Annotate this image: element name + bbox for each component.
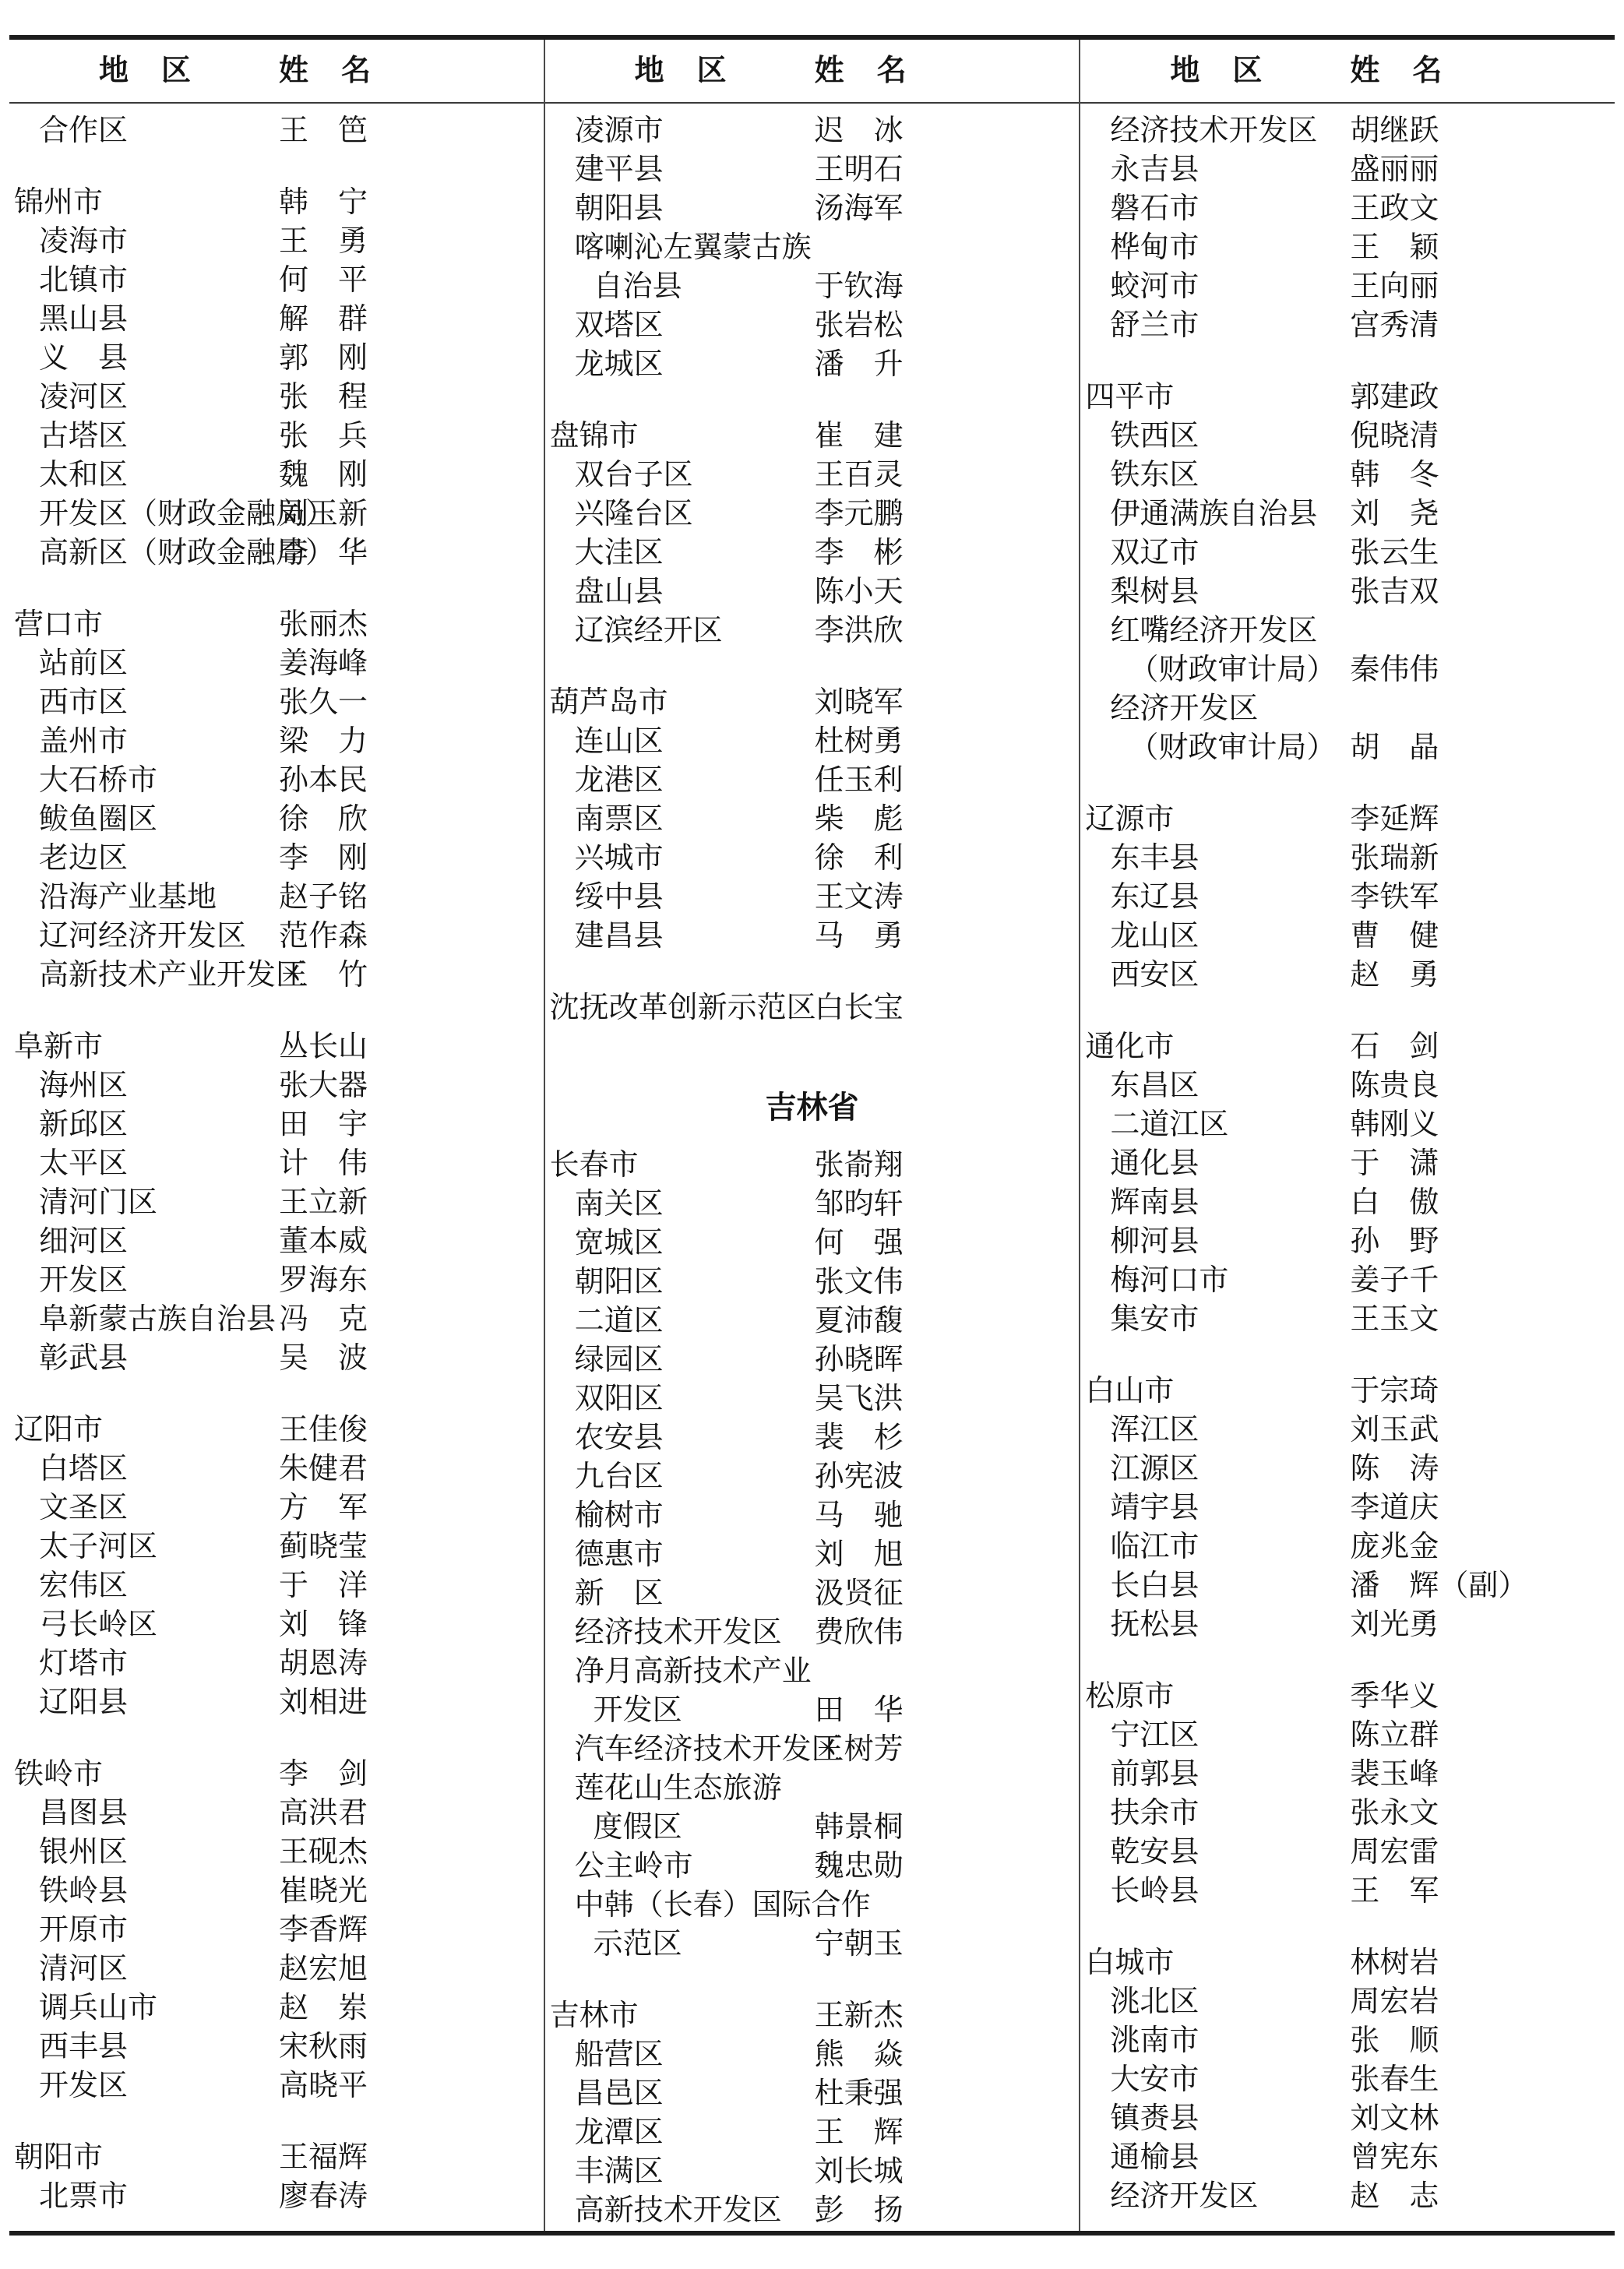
table-row: 细河区董本威 bbox=[9, 1222, 544, 1261]
region-cell: 建昌县 bbox=[575, 917, 664, 956]
region-cell: 海州区 bbox=[39, 1066, 128, 1105]
table-row: 白城市林树岩 bbox=[1080, 1943, 1615, 1982]
region-cell: 灯塔市 bbox=[39, 1644, 128, 1683]
table-row: 双阳区吴飞洪 bbox=[545, 1379, 1080, 1418]
region-cell: 辽河经济开发区 bbox=[39, 917, 246, 956]
name-cell: 张岩松 bbox=[815, 306, 904, 345]
name-cell: 解 群 bbox=[279, 300, 368, 339]
region-cell: 二道区 bbox=[575, 1302, 664, 1341]
region-cell: 高新技术产业开发区 bbox=[39, 956, 305, 995]
name-cell: 刘相进 bbox=[279, 1683, 368, 1722]
region-cell: 磐石市 bbox=[1110, 189, 1199, 228]
name-cell: 蓟晓莹 bbox=[279, 1527, 368, 1566]
region-cell: 阜新市 bbox=[14, 1027, 103, 1066]
name-cell: 孙晓晖 bbox=[815, 1341, 904, 1379]
name-cell: 周宏岩 bbox=[1350, 1982, 1439, 2021]
region-cell: 盘锦市 bbox=[550, 417, 639, 456]
region-cell: 江源区 bbox=[1110, 1450, 1199, 1489]
directory-page: 地 区 姓 名 合作区王 笆锦州市韩 宁凌海市王 勇北镇市何 平黑山县解 群义 … bbox=[0, 0, 1624, 2269]
name-cell: 廖春涛 bbox=[279, 2177, 368, 2216]
name-cell: 王立新 bbox=[279, 1183, 368, 1222]
name-cell: 陈立群 bbox=[1350, 1716, 1439, 1755]
name-cell: 王新杰 bbox=[815, 1996, 904, 2035]
table-row: 辽滨经开区李洪欣 bbox=[545, 611, 1080, 650]
region-cell: 蛟河市 bbox=[1110, 267, 1199, 306]
name-cell: 张吉双 bbox=[1350, 573, 1439, 611]
region-cell: 柳河县 bbox=[1110, 1222, 1199, 1261]
table-row: 开原市李香辉 bbox=[9, 1911, 544, 1950]
table-row: 凌海市王 勇 bbox=[9, 222, 544, 261]
row-spacer bbox=[545, 1964, 1080, 1996]
table-row: 辽阳市王佳俊 bbox=[9, 1411, 544, 1450]
row-spacer bbox=[1080, 767, 1615, 800]
region-cell: 双辽市 bbox=[1110, 534, 1199, 573]
name-cell: 孙本民 bbox=[279, 761, 368, 800]
row-spacer bbox=[545, 956, 1080, 988]
name-cell: 罗海东 bbox=[279, 1261, 368, 1300]
region-cell: 集安市 bbox=[1110, 1300, 1199, 1339]
region-cell: 兴城市 bbox=[575, 839, 664, 878]
region-cell: 中韩（长春）国际合作 bbox=[575, 1886, 871, 1925]
name-cell: 赵 勇 bbox=[1350, 956, 1439, 995]
name-cell: 曾宪东 bbox=[1350, 2138, 1439, 2177]
region-cell: 银州区 bbox=[39, 1833, 128, 1872]
region-cell: 锦州市 bbox=[14, 183, 103, 222]
region-cell: 宏伟区 bbox=[39, 1566, 128, 1605]
table-row: 沈抚改革创新示范区白长宝 bbox=[545, 988, 1080, 1027]
name-cell: 李 剑 bbox=[279, 1755, 368, 1794]
region-cell: 绿园区 bbox=[575, 1341, 664, 1379]
region-cell: 东辽县 bbox=[1110, 878, 1199, 917]
name-cell: 王明石 bbox=[815, 150, 904, 189]
region-cell: 净月高新技术产业 bbox=[575, 1652, 812, 1691]
table-row: 阜新蒙古族自治县冯 克 bbox=[9, 1300, 544, 1339]
region-cell: 西市区 bbox=[39, 683, 128, 722]
region-cell: 昌图县 bbox=[39, 1794, 128, 1833]
name-cell: 何 强 bbox=[815, 1224, 904, 1263]
table-row: 葫芦岛市刘晓军 bbox=[545, 683, 1080, 722]
region-cell: 彰武县 bbox=[39, 1339, 128, 1378]
name-cell: 李洪欣 bbox=[815, 611, 904, 650]
name-cell: 田 华 bbox=[815, 1691, 904, 1730]
name-cell: 柴 彪 bbox=[815, 800, 904, 839]
table-row: 绿园区孙晓晖 bbox=[545, 1341, 1080, 1379]
name-cell: 王 颖 bbox=[1350, 228, 1439, 267]
table-row: 铁东区韩 冬 bbox=[1080, 456, 1615, 495]
table-row: 九台区孙宪波 bbox=[545, 1457, 1080, 1496]
region-cell: 沿海产业基地 bbox=[39, 878, 217, 917]
table-row: 宁江区陈立群 bbox=[1080, 1716, 1615, 1755]
region-cell: 四平市 bbox=[1085, 378, 1174, 417]
name-cell: 胡 晶 bbox=[1350, 728, 1439, 767]
region-cell: 龙潭区 bbox=[575, 2113, 664, 2152]
table-row: 绥中县王文涛 bbox=[545, 878, 1080, 917]
region-cell: 吉林市 bbox=[550, 1996, 639, 2035]
region-cell: 朝阳市 bbox=[14, 2138, 103, 2177]
region-cell: 双阳区 bbox=[575, 1379, 664, 1418]
name-cell: 王 竹 bbox=[279, 956, 368, 995]
table-row: 双台子区王百灵 bbox=[545, 456, 1080, 495]
table-row: 净月高新技术产业 bbox=[545, 1652, 1080, 1691]
table-row: 榆树市马 驰 bbox=[545, 1496, 1080, 1535]
region-cell: 文圣区 bbox=[39, 1489, 128, 1527]
table-row: 锦州市韩 宁 bbox=[9, 183, 544, 222]
name-column-header: 姓 名 bbox=[279, 40, 372, 102]
region-cell: 德惠市 bbox=[575, 1535, 664, 1574]
table-row: 新邱区田 宇 bbox=[9, 1105, 544, 1144]
table-row: 集安市王玉文 bbox=[1080, 1300, 1615, 1339]
region-cell: 绥中县 bbox=[575, 878, 664, 917]
table-row: 示范区宁朝玉 bbox=[545, 1925, 1080, 1964]
table-row: 梨树县张吉双 bbox=[1080, 573, 1615, 611]
table-row: 朝阳市王福辉 bbox=[9, 2138, 544, 2177]
region-cell: 东昌区 bbox=[1110, 1066, 1199, 1105]
table-row: 盖州市梁 力 bbox=[9, 722, 544, 761]
region-cell: 高新技术开发区 bbox=[575, 2191, 782, 2230]
region-column-header: 地 区 bbox=[9, 40, 282, 102]
name-cell: 高洪君 bbox=[279, 1794, 368, 1833]
table-row: 柳河县孙 野 bbox=[1080, 1222, 1615, 1261]
name-cell: 崔 建 bbox=[815, 417, 904, 456]
table-row: 西市区张久一 bbox=[9, 683, 544, 722]
table-row: 扶余市张永文 bbox=[1080, 1794, 1615, 1833]
name-cell: 刘文林 bbox=[1350, 2099, 1439, 2138]
region-cell: 自治县 bbox=[594, 267, 682, 306]
table-row: 通化县于 潇 bbox=[1080, 1144, 1615, 1183]
row-spacer bbox=[9, 150, 544, 183]
region-cell: 白塔区 bbox=[39, 1450, 128, 1489]
table-row: 经济技术开发区胡继跃 bbox=[1080, 111, 1615, 150]
table-row: 喀喇沁左翼蒙古族 bbox=[545, 228, 1080, 267]
name-cell: 李香辉 bbox=[279, 1911, 368, 1950]
row-spacer bbox=[9, 1378, 544, 1411]
table-row: 德惠市刘 旭 bbox=[545, 1535, 1080, 1574]
column-2-header: 地 区 姓 名 bbox=[545, 40, 1080, 102]
region-cell: 莲花山生态旅游 bbox=[575, 1769, 782, 1808]
table-row: 长白县潘 辉（副） bbox=[1080, 1566, 1615, 1605]
name-cell: 马 勇 bbox=[815, 917, 904, 956]
region-cell: 经济技术开发区 bbox=[575, 1613, 782, 1652]
table-row: 伊通满族自治县刘 尧 bbox=[1080, 495, 1615, 534]
name-cell: 计 伟 bbox=[279, 1144, 368, 1183]
region-column-header: 地 区 bbox=[545, 40, 818, 102]
name-cell: 于 洋 bbox=[279, 1566, 368, 1605]
table-row: 船营区熊 焱 bbox=[545, 2035, 1080, 2074]
table-row: 四平市郭建政 bbox=[1080, 378, 1615, 417]
name-cell: 韩刚义 bbox=[1350, 1105, 1439, 1144]
region-cell: 义 县 bbox=[39, 339, 128, 378]
name-cell: 姜子千 bbox=[1350, 1261, 1439, 1300]
region-cell: 船营区 bbox=[575, 2035, 664, 2074]
region-cell: 辽滨经开区 bbox=[575, 611, 723, 650]
name-cell: 李 华 bbox=[279, 534, 368, 573]
table-row: 北票市廖春涛 bbox=[9, 2177, 544, 2216]
name-cell: 白长宝 bbox=[815, 988, 904, 1027]
region-cell: 兴隆台区 bbox=[575, 495, 693, 534]
name-cell: 刘晓军 bbox=[815, 683, 904, 722]
name-cell: 陈贵良 bbox=[1350, 1066, 1439, 1105]
region-cell: 阜新蒙古族自治县 bbox=[39, 1300, 276, 1339]
name-cell: 刘长城 bbox=[815, 2152, 904, 2191]
region-cell: 九台区 bbox=[575, 1457, 664, 1496]
table-row: 松原市季华义 bbox=[1080, 1677, 1615, 1716]
name-cell: 胡恩涛 bbox=[279, 1644, 368, 1683]
region-cell: 前郭县 bbox=[1110, 1755, 1199, 1794]
column-2-body: 凌源市迟 冰建平县王明石朝阳县汤海军喀喇沁左翼蒙古族自治县于钦海双塔区张岩松龙城… bbox=[545, 102, 1080, 2230]
region-cell: 龙山区 bbox=[1110, 917, 1199, 956]
region-cell: 宽城区 bbox=[575, 1224, 664, 1263]
name-cell: 潘 辉（副） bbox=[1350, 1566, 1527, 1605]
region-cell: 白城市 bbox=[1085, 1943, 1174, 1982]
name-cell: 秦伟伟 bbox=[1350, 650, 1439, 689]
name-cell: 王百灵 bbox=[815, 456, 904, 495]
table-row: 前郭县裴玉峰 bbox=[1080, 1755, 1615, 1794]
name-cell: 张春生 bbox=[1350, 2060, 1439, 2099]
table-row: 鲅鱼圈区徐 欣 bbox=[9, 800, 544, 839]
table-row: 辽阳县刘相进 bbox=[9, 1683, 544, 1722]
name-cell: 刘 锋 bbox=[279, 1605, 368, 1644]
name-cell: 徐 利 bbox=[815, 839, 904, 878]
table-row: 银州区王砚杰 bbox=[9, 1833, 544, 1872]
name-cell: 韩 冬 bbox=[1350, 456, 1439, 495]
column-3: 地 区 姓 名 经济技术开发区胡继跃永吉县盛丽丽磐石市王政文桦甸市王 颖蛟河市王… bbox=[1080, 40, 1615, 2231]
region-cell: 朝阳区 bbox=[575, 1263, 664, 1302]
name-cell: 张嵛翔 bbox=[815, 1146, 904, 1185]
region-cell: 红嘴经济开发区 bbox=[1110, 611, 1317, 650]
table-row: 昌邑区杜秉强 bbox=[545, 2074, 1080, 2113]
table-row: 龙山区曹 健 bbox=[1080, 917, 1615, 956]
table-row: 白山市于宗琦 bbox=[1080, 1372, 1615, 1411]
table-row: 二道江区韩刚义 bbox=[1080, 1105, 1615, 1144]
region-cell: 凌源市 bbox=[575, 111, 664, 150]
table-row: 西丰县宋秋雨 bbox=[9, 2028, 544, 2066]
region-cell: 开发区 bbox=[594, 1691, 682, 1730]
region-cell: 洮北区 bbox=[1110, 1982, 1199, 2021]
name-cell: 邹昀轩 bbox=[815, 1185, 904, 1224]
name-cell: 宋秋雨 bbox=[279, 2028, 368, 2066]
name-cell: 李元鹏 bbox=[815, 495, 904, 534]
table-row: 大安市张春生 bbox=[1080, 2060, 1615, 2099]
name-cell: 马 驰 bbox=[815, 1496, 904, 1535]
region-cell: 凌河区 bbox=[39, 378, 128, 417]
name-cell: 季华义 bbox=[1350, 1677, 1439, 1716]
region-cell: 龙港区 bbox=[575, 761, 664, 800]
table-row: 海州区张大器 bbox=[9, 1066, 544, 1105]
region-cell: 西丰县 bbox=[39, 2028, 128, 2066]
name-cell: 刘玉武 bbox=[1350, 1411, 1439, 1450]
name-cell: 曹 健 bbox=[1350, 917, 1439, 956]
table-row: 高新区（财政金融局）李 华 bbox=[9, 534, 544, 573]
region-cell: 弓长岭区 bbox=[39, 1605, 157, 1644]
name-cell: 张云生 bbox=[1350, 534, 1439, 573]
name-cell: 冯 克 bbox=[279, 1300, 368, 1339]
region-cell: 铁岭县 bbox=[39, 1872, 128, 1911]
table-row: 新 区汲贤征 bbox=[545, 1574, 1080, 1613]
name-cell: 张瑞新 bbox=[1350, 839, 1439, 878]
table-row: 洮南市张 顺 bbox=[1080, 2021, 1615, 2060]
region-cell: 调兵山市 bbox=[39, 1989, 157, 2028]
name-cell: 张 顺 bbox=[1350, 2021, 1439, 2060]
table-row: 太子河区蓟晓莹 bbox=[9, 1527, 544, 1566]
table-row: 开发区田 华 bbox=[545, 1691, 1080, 1730]
region-cell: 长岭县 bbox=[1110, 1872, 1199, 1911]
region-cell: 通化县 bbox=[1110, 1144, 1199, 1183]
table-row: 高新技术开发区彭 扬 bbox=[545, 2191, 1080, 2230]
table-row: 南关区邹昀轩 bbox=[545, 1185, 1080, 1224]
region-cell: 示范区 bbox=[594, 1925, 682, 1964]
region-cell: 镇赉县 bbox=[1110, 2099, 1199, 2138]
column-1-header: 地 区 姓 名 bbox=[9, 40, 544, 102]
name-cell: 陈小天 bbox=[815, 573, 904, 611]
region-cell: 洮南市 bbox=[1110, 2021, 1199, 2060]
name-cell: 李延辉 bbox=[1350, 800, 1439, 839]
table-row: 宏伟区于 洋 bbox=[9, 1566, 544, 1605]
table-row: 度假区韩景桐 bbox=[545, 1808, 1080, 1847]
table-row: 通化市石 剑 bbox=[1080, 1027, 1615, 1066]
name-cell: 王佳俊 bbox=[279, 1411, 368, 1450]
table-row: 兴城市徐 利 bbox=[545, 839, 1080, 878]
table-row: 镇赉县刘文林 bbox=[1080, 2099, 1615, 2138]
table-row: 江源区陈 涛 bbox=[1080, 1450, 1615, 1489]
region-cell: 浑江区 bbox=[1110, 1411, 1199, 1450]
name-cell: 赵子铭 bbox=[279, 878, 368, 917]
region-cell: 凌海市 bbox=[39, 222, 128, 261]
name-cell: 王 军 bbox=[1350, 1872, 1439, 1911]
table-row: 老边区李 刚 bbox=[9, 839, 544, 878]
region-cell: 松原市 bbox=[1085, 1677, 1174, 1716]
name-cell: 盛丽丽 bbox=[1350, 150, 1439, 189]
table-row: 磐石市王政文 bbox=[1080, 189, 1615, 228]
name-cell: 徐 欣 bbox=[279, 800, 368, 839]
name-cell: 刘玉新 bbox=[279, 495, 368, 534]
region-cell: 鲅鱼圈区 bbox=[39, 800, 157, 839]
table-row: 辽河经济开发区范作森 bbox=[9, 917, 544, 956]
table-row: 经济开发区赵 志 bbox=[1080, 2177, 1615, 2216]
region-cell: 舒兰市 bbox=[1110, 306, 1199, 345]
name-cell: 倪晓清 bbox=[1350, 417, 1439, 456]
column-3-header: 地 区 姓 名 bbox=[1080, 40, 1615, 102]
region-cell: 盖州市 bbox=[39, 722, 128, 761]
region-cell: 白山市 bbox=[1085, 1372, 1174, 1411]
region-cell: 太子河区 bbox=[39, 1527, 157, 1566]
region-cell: 清河区 bbox=[39, 1950, 128, 1989]
region-cell: （财政审计局） bbox=[1129, 728, 1336, 767]
table-row: 宽城区何 强 bbox=[545, 1224, 1080, 1263]
name-cell: 汲贤征 bbox=[815, 1574, 904, 1613]
name-cell: 刘光勇 bbox=[1350, 1605, 1439, 1644]
region-cell: 大洼区 bbox=[575, 534, 664, 573]
name-cell: 刘 旭 bbox=[815, 1535, 904, 1574]
region-cell: 梨树县 bbox=[1110, 573, 1199, 611]
column-1-body: 合作区王 笆锦州市韩 宁凌海市王 勇北镇市何 平黑山县解 群义 县郭 刚凌河区张… bbox=[9, 102, 544, 2216]
table-row: 乾安县周宏雷 bbox=[1080, 1833, 1615, 1872]
name-cell: 魏忠勋 bbox=[815, 1847, 904, 1886]
table-row: 浑江区刘玉武 bbox=[1080, 1411, 1615, 1450]
bottom-rule bbox=[9, 2231, 1615, 2236]
table-row: 莲花山生态旅游 bbox=[545, 1769, 1080, 1808]
name-cell: 陈 涛 bbox=[1350, 1450, 1439, 1489]
region-cell: 建平县 bbox=[575, 150, 664, 189]
region-cell: 宁江区 bbox=[1110, 1716, 1199, 1755]
table-row: 长岭县王 军 bbox=[1080, 1872, 1615, 1911]
table-row: 清河门区王立新 bbox=[9, 1183, 544, 1222]
table-row: 经济开发区 bbox=[1080, 689, 1615, 728]
name-cell: 崔晓光 bbox=[279, 1872, 368, 1911]
region-cell: 二道江区 bbox=[1110, 1105, 1228, 1144]
region-cell: 双台子区 bbox=[575, 456, 693, 495]
name-cell: 林树岩 bbox=[1350, 1943, 1439, 1982]
table-row: 凌河区张 程 bbox=[9, 378, 544, 417]
name-cell: 刘 尧 bbox=[1350, 495, 1439, 534]
name-cell: 魏 刚 bbox=[279, 456, 368, 495]
name-cell: 于宗琦 bbox=[1350, 1372, 1439, 1411]
table-row: 白塔区朱健君 bbox=[9, 1450, 544, 1489]
table-row: 开发区罗海东 bbox=[9, 1261, 544, 1300]
name-cell: 王向丽 bbox=[1350, 267, 1439, 306]
table-row: 东昌区陈贵良 bbox=[1080, 1066, 1615, 1105]
region-cell: 古塔区 bbox=[39, 417, 128, 456]
region-cell: 长白县 bbox=[1110, 1566, 1199, 1605]
table-row: 铁岭县崔晓光 bbox=[9, 1872, 544, 1911]
region-cell: 新邱区 bbox=[39, 1105, 128, 1144]
table-row: 站前区姜海峰 bbox=[9, 644, 544, 683]
name-cell: 姜海峰 bbox=[279, 644, 368, 683]
name-cell: 胡继跃 bbox=[1350, 111, 1439, 150]
table-row: 营口市张丽杰 bbox=[9, 605, 544, 644]
row-spacer bbox=[1080, 1644, 1615, 1677]
directory-table: 地 区 姓 名 合作区王 笆锦州市韩 宁凌海市王 勇北镇市何 平黑山县解 群义 … bbox=[9, 40, 1615, 2231]
row-spacer bbox=[1080, 345, 1615, 378]
name-cell: 宁朝玉 bbox=[815, 1925, 904, 1964]
table-row: 凌源市迟 冰 bbox=[545, 111, 1080, 150]
region-cell: 东丰县 bbox=[1110, 839, 1199, 878]
table-row: 农安县裴 杉 bbox=[545, 1418, 1080, 1457]
table-row: 建昌县马 勇 bbox=[545, 917, 1080, 956]
table-row: 文圣区方 军 bbox=[9, 1489, 544, 1527]
table-row: 临江市庞兆金 bbox=[1080, 1527, 1615, 1566]
name-cell: 孙 野 bbox=[1350, 1222, 1439, 1261]
table-row: 兴隆台区李元鹏 bbox=[545, 495, 1080, 534]
name-cell: 王文涛 bbox=[815, 878, 904, 917]
table-row: 沿海产业基地赵子铭 bbox=[9, 878, 544, 917]
region-cell: 开发区 bbox=[39, 2066, 128, 2105]
row-spacer bbox=[1080, 1339, 1615, 1372]
region-cell: 农安县 bbox=[575, 1418, 664, 1457]
table-row: 东丰县张瑞新 bbox=[1080, 839, 1615, 878]
region-cell: 开发区 bbox=[39, 1261, 128, 1300]
row-spacer bbox=[1080, 1911, 1615, 1943]
region-cell: 黑山县 bbox=[39, 300, 128, 339]
row-spacer bbox=[9, 573, 544, 605]
region-cell: 伊通满族自治县 bbox=[1110, 495, 1317, 534]
name-cell: 于 潇 bbox=[1350, 1144, 1439, 1183]
region-cell: 抚松县 bbox=[1110, 1605, 1199, 1644]
region-cell: 朝阳县 bbox=[575, 189, 664, 228]
table-row: （财政审计局）秦伟伟 bbox=[1080, 650, 1615, 689]
table-row: 朝阳区张文伟 bbox=[545, 1263, 1080, 1302]
region-cell: 辽阳县 bbox=[39, 1683, 128, 1722]
region-cell: 南关区 bbox=[575, 1185, 664, 1224]
name-cell: 张久一 bbox=[279, 683, 368, 722]
name-cell: 赵宏旭 bbox=[279, 1950, 368, 1989]
name-cell: 白 傲 bbox=[1350, 1183, 1439, 1222]
name-cell: 董本威 bbox=[279, 1222, 368, 1261]
table-row: 北镇市何 平 bbox=[9, 261, 544, 300]
region-cell: 丰满区 bbox=[575, 2152, 664, 2191]
table-row: 通榆县曾宪东 bbox=[1080, 2138, 1615, 2177]
name-cell: 李铁军 bbox=[1350, 878, 1439, 917]
name-cell: 高晓平 bbox=[279, 2066, 368, 2105]
